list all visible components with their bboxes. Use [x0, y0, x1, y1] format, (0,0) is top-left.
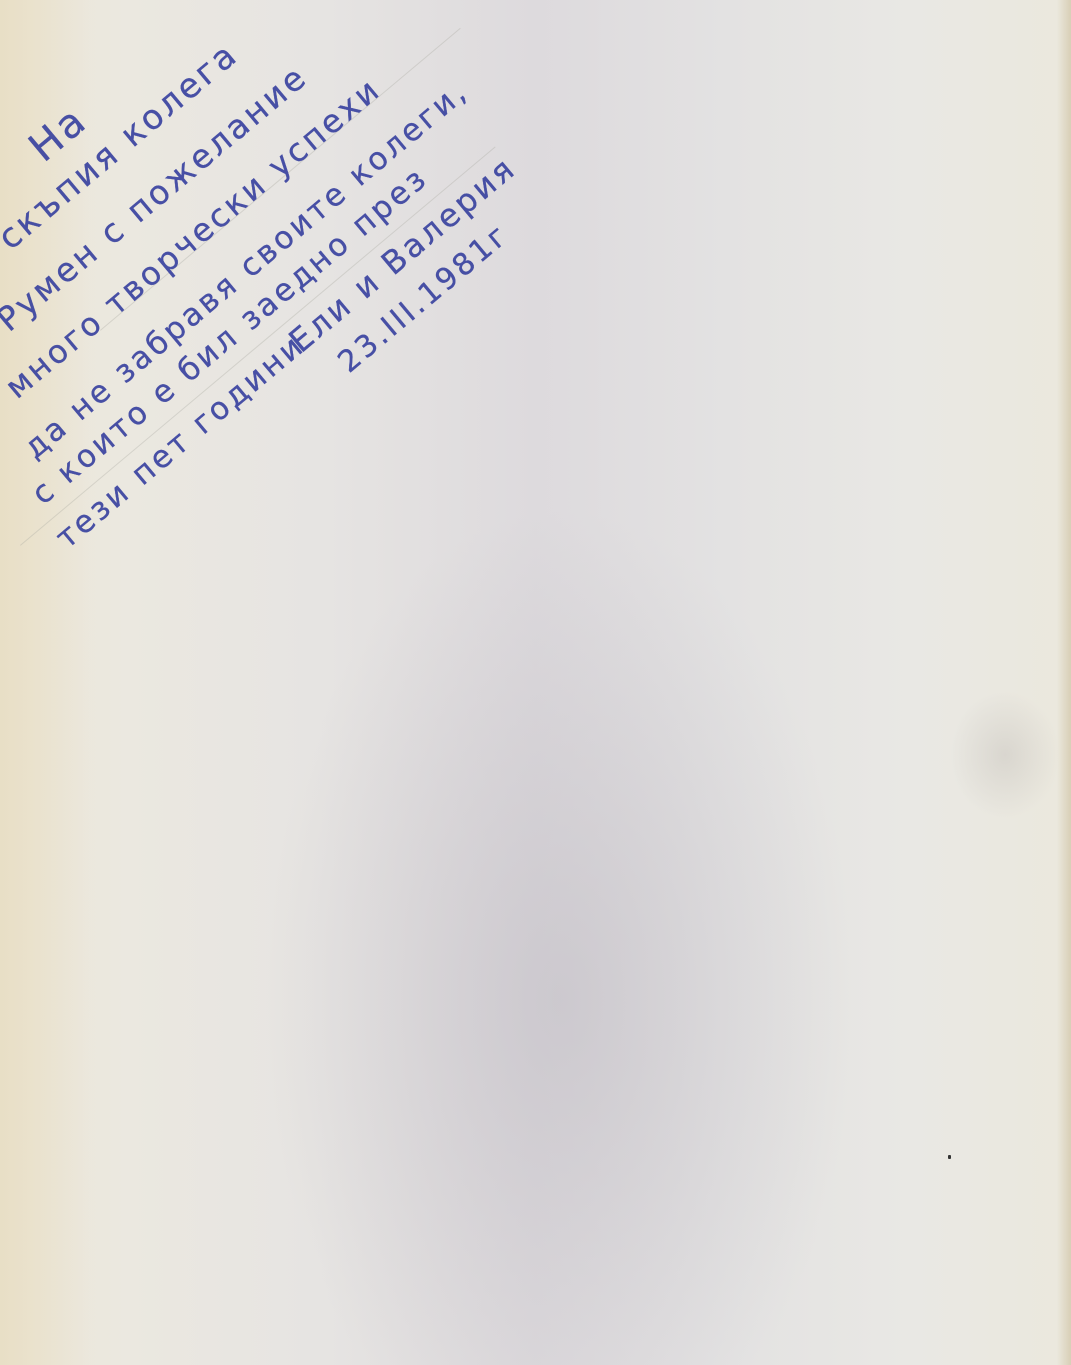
handwritten-inscription: На скъпия колега Румен с пожелание много… [0, 0, 1071, 1365]
